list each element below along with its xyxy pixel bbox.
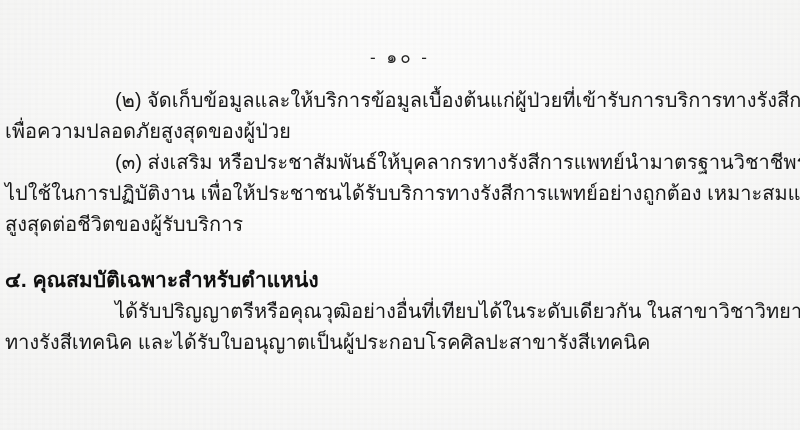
paragraph-3-line-1: (๓) ส่งเสริม หรือประชาสัมพันธ์ให้บุคลากร… [5, 148, 792, 179]
section-4-line-1: ได้รับปริญญาตรีหรือคุณวุฒิอย่างอื่นที่เท… [5, 297, 792, 328]
document-body: (๒) จัดเก็บข้อมูลและให้บริการข้อมูลเบื้อ… [5, 86, 792, 359]
paragraph-2-line-1: (๒) จัดเก็บข้อมูลและให้บริการข้อมูลเบื้อ… [5, 86, 792, 117]
section-4-heading: ๔. คุณสมบัติเฉพาะสำหรับตำแหน่ง [5, 264, 792, 297]
section-4-line-2: ทางรังสีเทคนิค และได้รับใบอนุญาตเป็นผู้ป… [5, 328, 792, 359]
paragraph-2-line-2: เพื่อความปลอดภัยสูงสุดของผู้ป่วย [5, 117, 792, 148]
paragraph-3-line-3: สูงสุดต่อชีวิตของผู้รับบริการ [5, 210, 792, 241]
document-page: - ๑๐ - (๒) จัดเก็บข้อมูลและให้บริการข้อม… [0, 0, 800, 430]
page-number: - ๑๐ - [0, 44, 800, 71]
paragraph-3-line-2: ไปใช้ในการปฏิบัติงาน เพื่อให้ประชาชนได้ร… [5, 179, 792, 210]
